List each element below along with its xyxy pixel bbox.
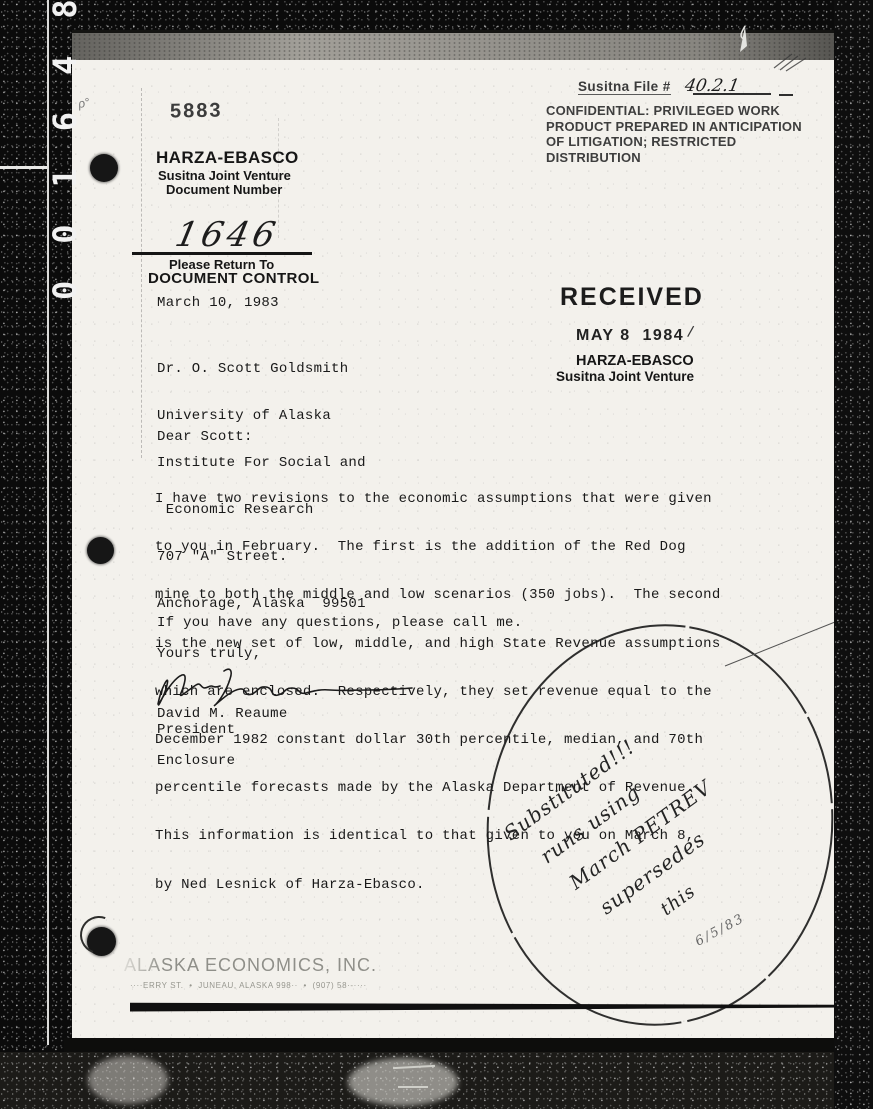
- film-vertical-line: [47, 0, 49, 1045]
- annotation-date: 6/5/83: [693, 911, 748, 950]
- confidential-line: OF LITIGATION; RESTRICTED: [546, 134, 802, 150]
- susitna-file-label: Susitna File #: [578, 79, 671, 95]
- received-stamp-venture: Susitna Joint Venture: [556, 369, 694, 384]
- doc-number-underline: [132, 252, 312, 255]
- page-top-edge-band: [72, 30, 834, 60]
- confidential-block: CONFIDENTIAL: PRIVILEGED WORK PRODUCT PR…: [546, 103, 802, 165]
- annotation-line: this: [657, 881, 700, 920]
- letterhead-address: ····ERRY ST. • JUNEAU, ALASKA 998·· • (9…: [130, 981, 367, 990]
- susitna-file-underline: [693, 93, 771, 95]
- pencil-hatch-scribble: [772, 50, 812, 72]
- hole-punch-top: [90, 154, 118, 182]
- recipient-line: University of Alaska: [157, 409, 366, 424]
- handwritten-circle-annotation: Substituted!!! runs using March PETREV s…: [470, 616, 855, 1048]
- confidential-line: DISTRIBUTION: [546, 150, 802, 166]
- film-horizontal-line: [0, 166, 47, 169]
- body-line: to you in February. The first is the add…: [155, 539, 721, 555]
- film-frame-number: 001648: [46, 0, 84, 300]
- letterhead-company-fade: [118, 953, 164, 977]
- received-stamp-date: MAY 8 1984: [576, 327, 684, 345]
- document-control-line: DOCUMENT CONTROL: [148, 270, 319, 287]
- recipient-line: Dr. O. Scott Goldsmith: [157, 362, 366, 377]
- film-arrow-mark: [734, 24, 752, 54]
- margin-doodle: ρ°: [77, 95, 91, 111]
- confidential-line: PRODUCT PREPARED IN ANTICIPATION: [546, 119, 802, 135]
- bottom-border-light-blotch: [88, 1056, 168, 1104]
- signer-title: President: [157, 722, 235, 738]
- fold-crease-left: [141, 88, 142, 458]
- bottom-border-scratch: [398, 1086, 428, 1088]
- closing-line: If you have any questions, please call m…: [157, 615, 522, 631]
- doc-stamp-venture: Susitna Joint Venture: [158, 168, 291, 183]
- bottom-border-light-blotch: [348, 1058, 458, 1106]
- right-border: [834, 0, 873, 1109]
- stamp-number: 5883: [170, 100, 223, 124]
- signature-scrawl: [148, 658, 423, 713]
- enclosure-note: Enclosure: [157, 753, 235, 769]
- received-stamp-company: HARZA-EBASCO: [576, 353, 694, 369]
- doc-stamp-company: HARZA-EBASCO: [156, 148, 299, 168]
- doc-number-handwritten: 1646: [172, 215, 283, 255]
- signer-name: David M. Reaume: [157, 706, 288, 722]
- letter-date: March 10, 1983: [157, 295, 279, 311]
- confidential-line: CONFIDENTIAL: PRIVILEGED WORK: [546, 103, 802, 119]
- received-stamp-title: RECEIVED: [560, 283, 704, 312]
- body-line: I have two revisions to the economic ass…: [155, 491, 721, 507]
- salutation: Dear Scott:: [157, 429, 253, 445]
- body-line: mine to both the middle and low scenario…: [155, 587, 721, 603]
- hole-punch-middle: [87, 537, 114, 564]
- doc-stamp-label: Document Number: [166, 182, 282, 197]
- susitna-file-underline-tail: [779, 94, 793, 96]
- scanned-letter-page: 001648 ρ° Susitna File # 40.2.1 CONFIDEN…: [0, 0, 873, 1109]
